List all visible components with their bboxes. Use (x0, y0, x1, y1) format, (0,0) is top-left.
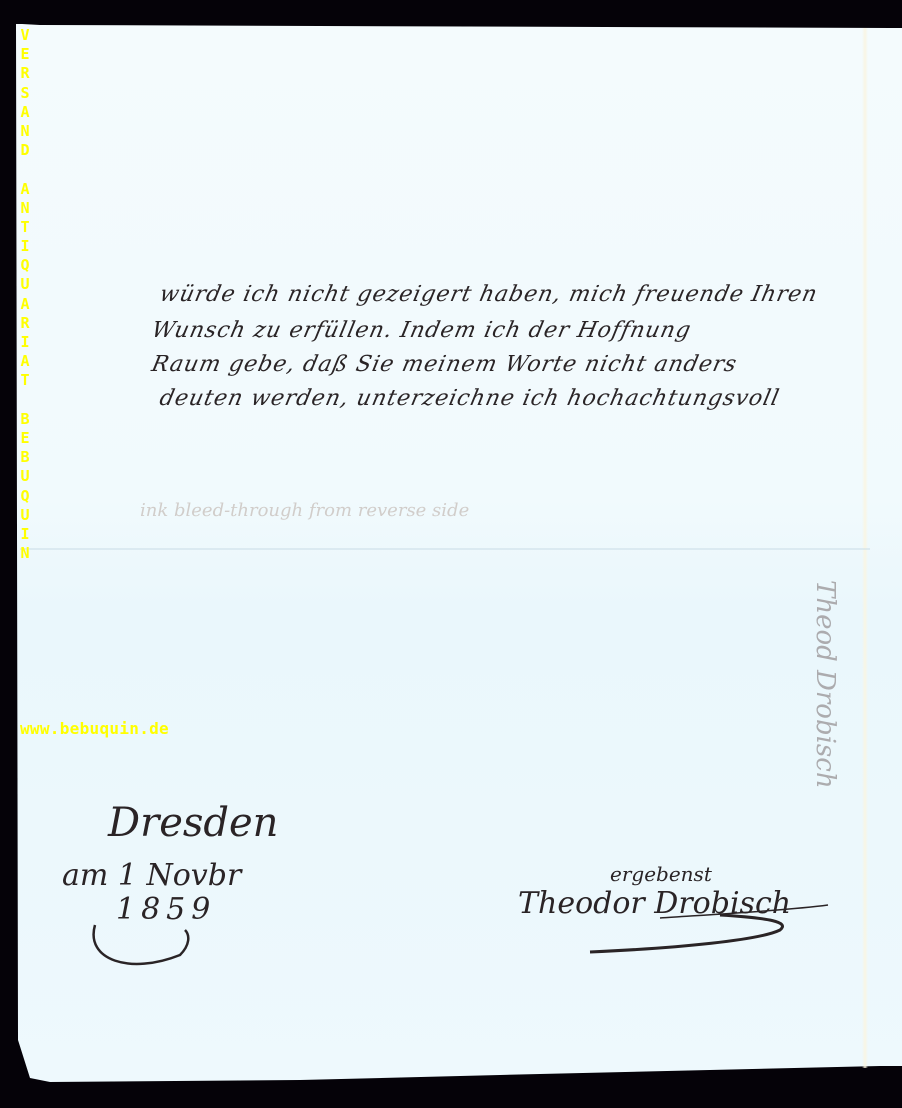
handwriting-flourishes (0, 0, 902, 1108)
